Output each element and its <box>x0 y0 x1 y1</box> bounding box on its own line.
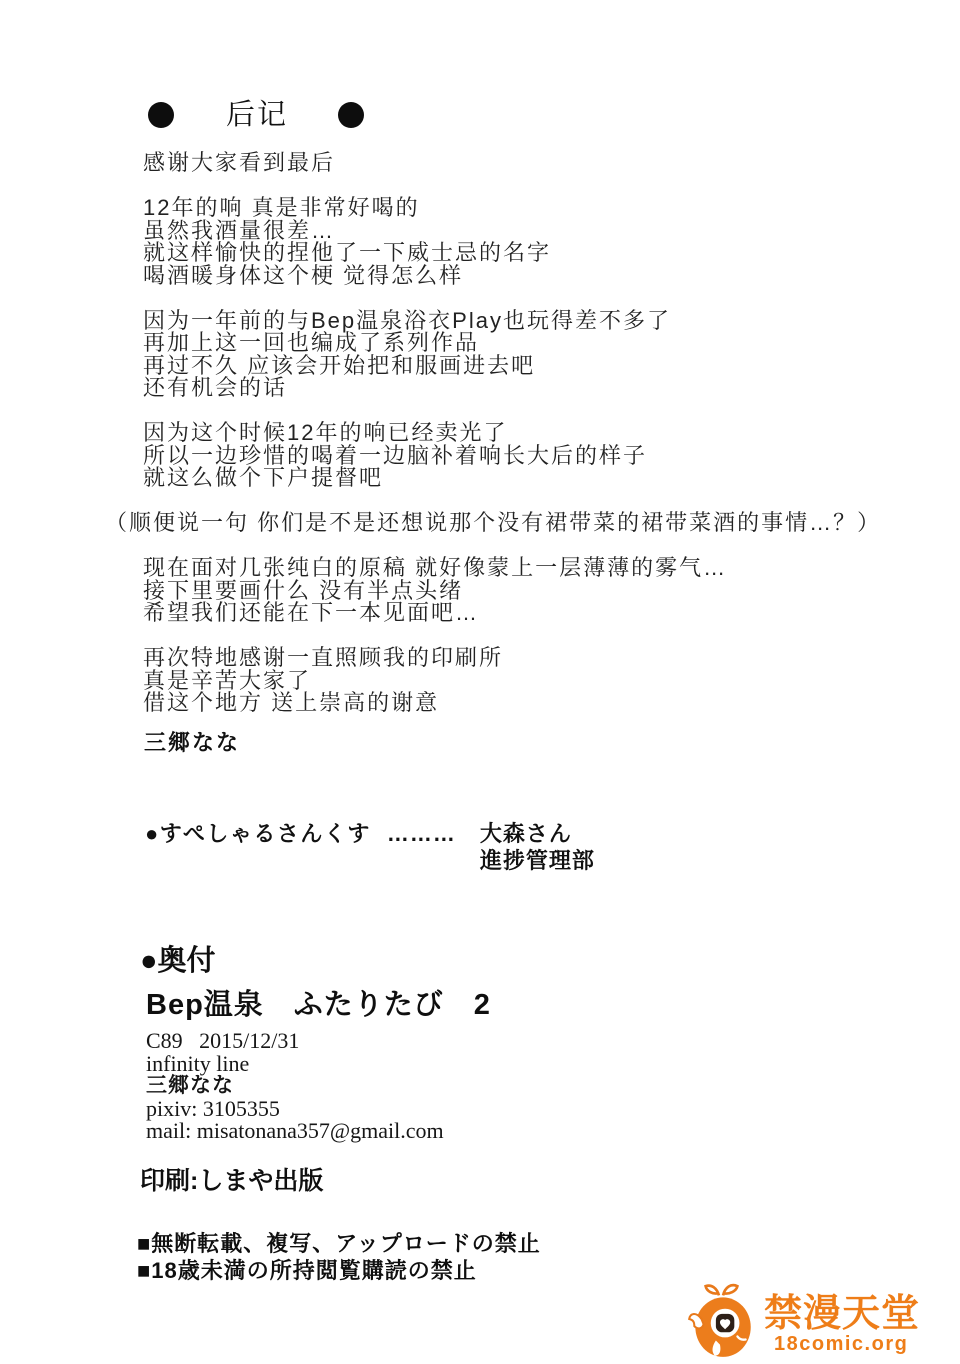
afterword-line: 再次特地感谢一直照顾我的印刷所 <box>143 647 923 670</box>
afterword-line: 希望我们还能在下一本见面吧… <box>143 602 923 625</box>
afterword-body: 感谢大家看到最后12年的响 真是非常好喝的虽然我酒量很差…就这样愉快的捏他了一下… <box>143 152 923 737</box>
book-title: Bep温泉 ふたりたび 2 <box>146 982 491 1023</box>
watermark-site-url: 18comic.org <box>764 1334 920 1354</box>
afterword-line: 借这个地方 送上崇高的谢意 <box>143 692 923 715</box>
afterword-line: 接下里要画什么 没有半点头绪 <box>143 580 923 603</box>
author-signature: 三郷なな <box>144 726 240 757</box>
afterword-line: 因为一年前的与Bep温泉浴衣Play也玩得差不多了 <box>143 310 923 333</box>
afterword-line: （顺便说一句 你们是不是还想说那个没有裙带菜的裙带菜酒的事情…？） <box>105 512 923 535</box>
afterword-line: 感谢大家看到最后 <box>143 152 923 175</box>
afterword-paragraph: 因为这个时候12年的响已经卖光了所以一边珍惜的喝着一边脑补着响长大后的样子就这么… <box>143 422 923 490</box>
afterword-line: 就这么做个下户提督吧 <box>143 467 923 490</box>
page-title-row: 后记 <box>148 98 364 132</box>
afterword-paragraph: 再次特地感谢一直照顾我的印刷所真是辛苦大家了借这个地方 送上崇高的谢意 <box>143 647 923 715</box>
notice-line: ■18歳未満の所持閲覧購読の禁止 <box>137 1257 541 1284</box>
afterword-line: 再加上这一回也编成了系列作品 <box>143 332 923 355</box>
afterword-line: 还有机会的话 <box>143 377 923 400</box>
afterword-line: 因为这个时候12年的响已经卖光了 <box>143 422 923 445</box>
special-thanks-name: 大森さん <box>480 820 595 847</box>
watermark-text: 禁漫天堂 18comic.org <box>764 1280 920 1354</box>
afterword-paragraph: 12年的响 真是非常好喝的虽然我酒量很差…就这样愉快的捏他了一下威士忌的名字喝酒… <box>143 197 923 287</box>
afterword-line: 真是辛苦大家了 <box>143 670 923 693</box>
special-thanks-leader-dots: ……… <box>387 820 456 848</box>
title-bullet-left-icon <box>148 102 174 128</box>
special-thanks-row: ●すぺしゃるさんくす ……… 大森さん進捗管理部 <box>145 820 595 874</box>
page-title: 后记 <box>226 98 288 132</box>
printer-credit: 印刷:しまや出版 <box>140 1161 323 1197</box>
afterword-line: 虽然我酒量很差… <box>143 220 923 243</box>
afterword-paragraph: 感谢大家看到最后 <box>143 152 923 175</box>
afterword-line: 喝酒暖身体这个梗 觉得怎么样 <box>143 265 923 288</box>
watermark-site-name: 禁漫天堂 <box>764 1294 920 1334</box>
legal-notices: ■無断転載、複写、アップロードの禁止■18歳未満の所持閲覧購読の禁止 <box>137 1230 541 1284</box>
afterword-paragraph: （顺便说一句 你们是不是还想说那个没有裙带菜的裙带菜酒的事情…？） <box>143 512 923 535</box>
special-thanks-name: 進捗管理部 <box>480 847 595 874</box>
afterword-line: 再过不久 应该会开始把和服画进去吧 <box>143 355 923 378</box>
special-thanks-label: ●すぺしゃるさんくす <box>145 820 371 848</box>
colophon-author: 三郷なな <box>146 1075 444 1098</box>
event-date: C89 2015/12/31 <box>146 1030 444 1053</box>
afterword-line: 现在面对几张纯白的原稿 就好像蒙上一层薄薄的雾气… <box>143 557 923 580</box>
mail-address: mail: misatonana357@gmail.com <box>146 1120 444 1143</box>
watermark: 禁漫天堂 18comic.org <box>688 1280 920 1360</box>
afterword-paragraph: 现在面对几张纯白的原稿 就好像蒙上一层薄薄的雾气…接下里要画什么 没有半点头绪希… <box>143 557 923 625</box>
afterword-line: 12年的响 真是非常好喝的 <box>143 197 923 220</box>
afterword-line: 就这样愉快的捏他了一下威士忌的名字 <box>143 242 923 265</box>
notice-line: ■無断転載、複写、アップロードの禁止 <box>137 1230 541 1257</box>
special-thanks-names: 大森さん進捗管理部 <box>480 820 595 874</box>
afterword-line: 所以一边珍惜的喝着一边脑补着响长大后的样子 <box>143 445 923 468</box>
jm-whale-mascot-icon <box>688 1280 754 1360</box>
circle-name: infinity line <box>146 1053 444 1076</box>
pixiv-id: pixiv: 3105355 <box>146 1098 444 1121</box>
afterword-page: 后记 感谢大家看到最后12年的响 真是非常好喝的虽然我酒量很差…就这样愉快的捏他… <box>0 0 960 1364</box>
colophon-details: C89 2015/12/31 infinity line 三郷なな pixiv:… <box>146 1030 444 1143</box>
title-bullet-right-icon <box>338 102 364 128</box>
afterword-paragraph: 因为一年前的与Bep温泉浴衣Play也玩得差不多了再加上这一回也编成了系列作品再… <box>143 310 923 400</box>
colophon-heading: ●奥付 <box>140 938 216 979</box>
